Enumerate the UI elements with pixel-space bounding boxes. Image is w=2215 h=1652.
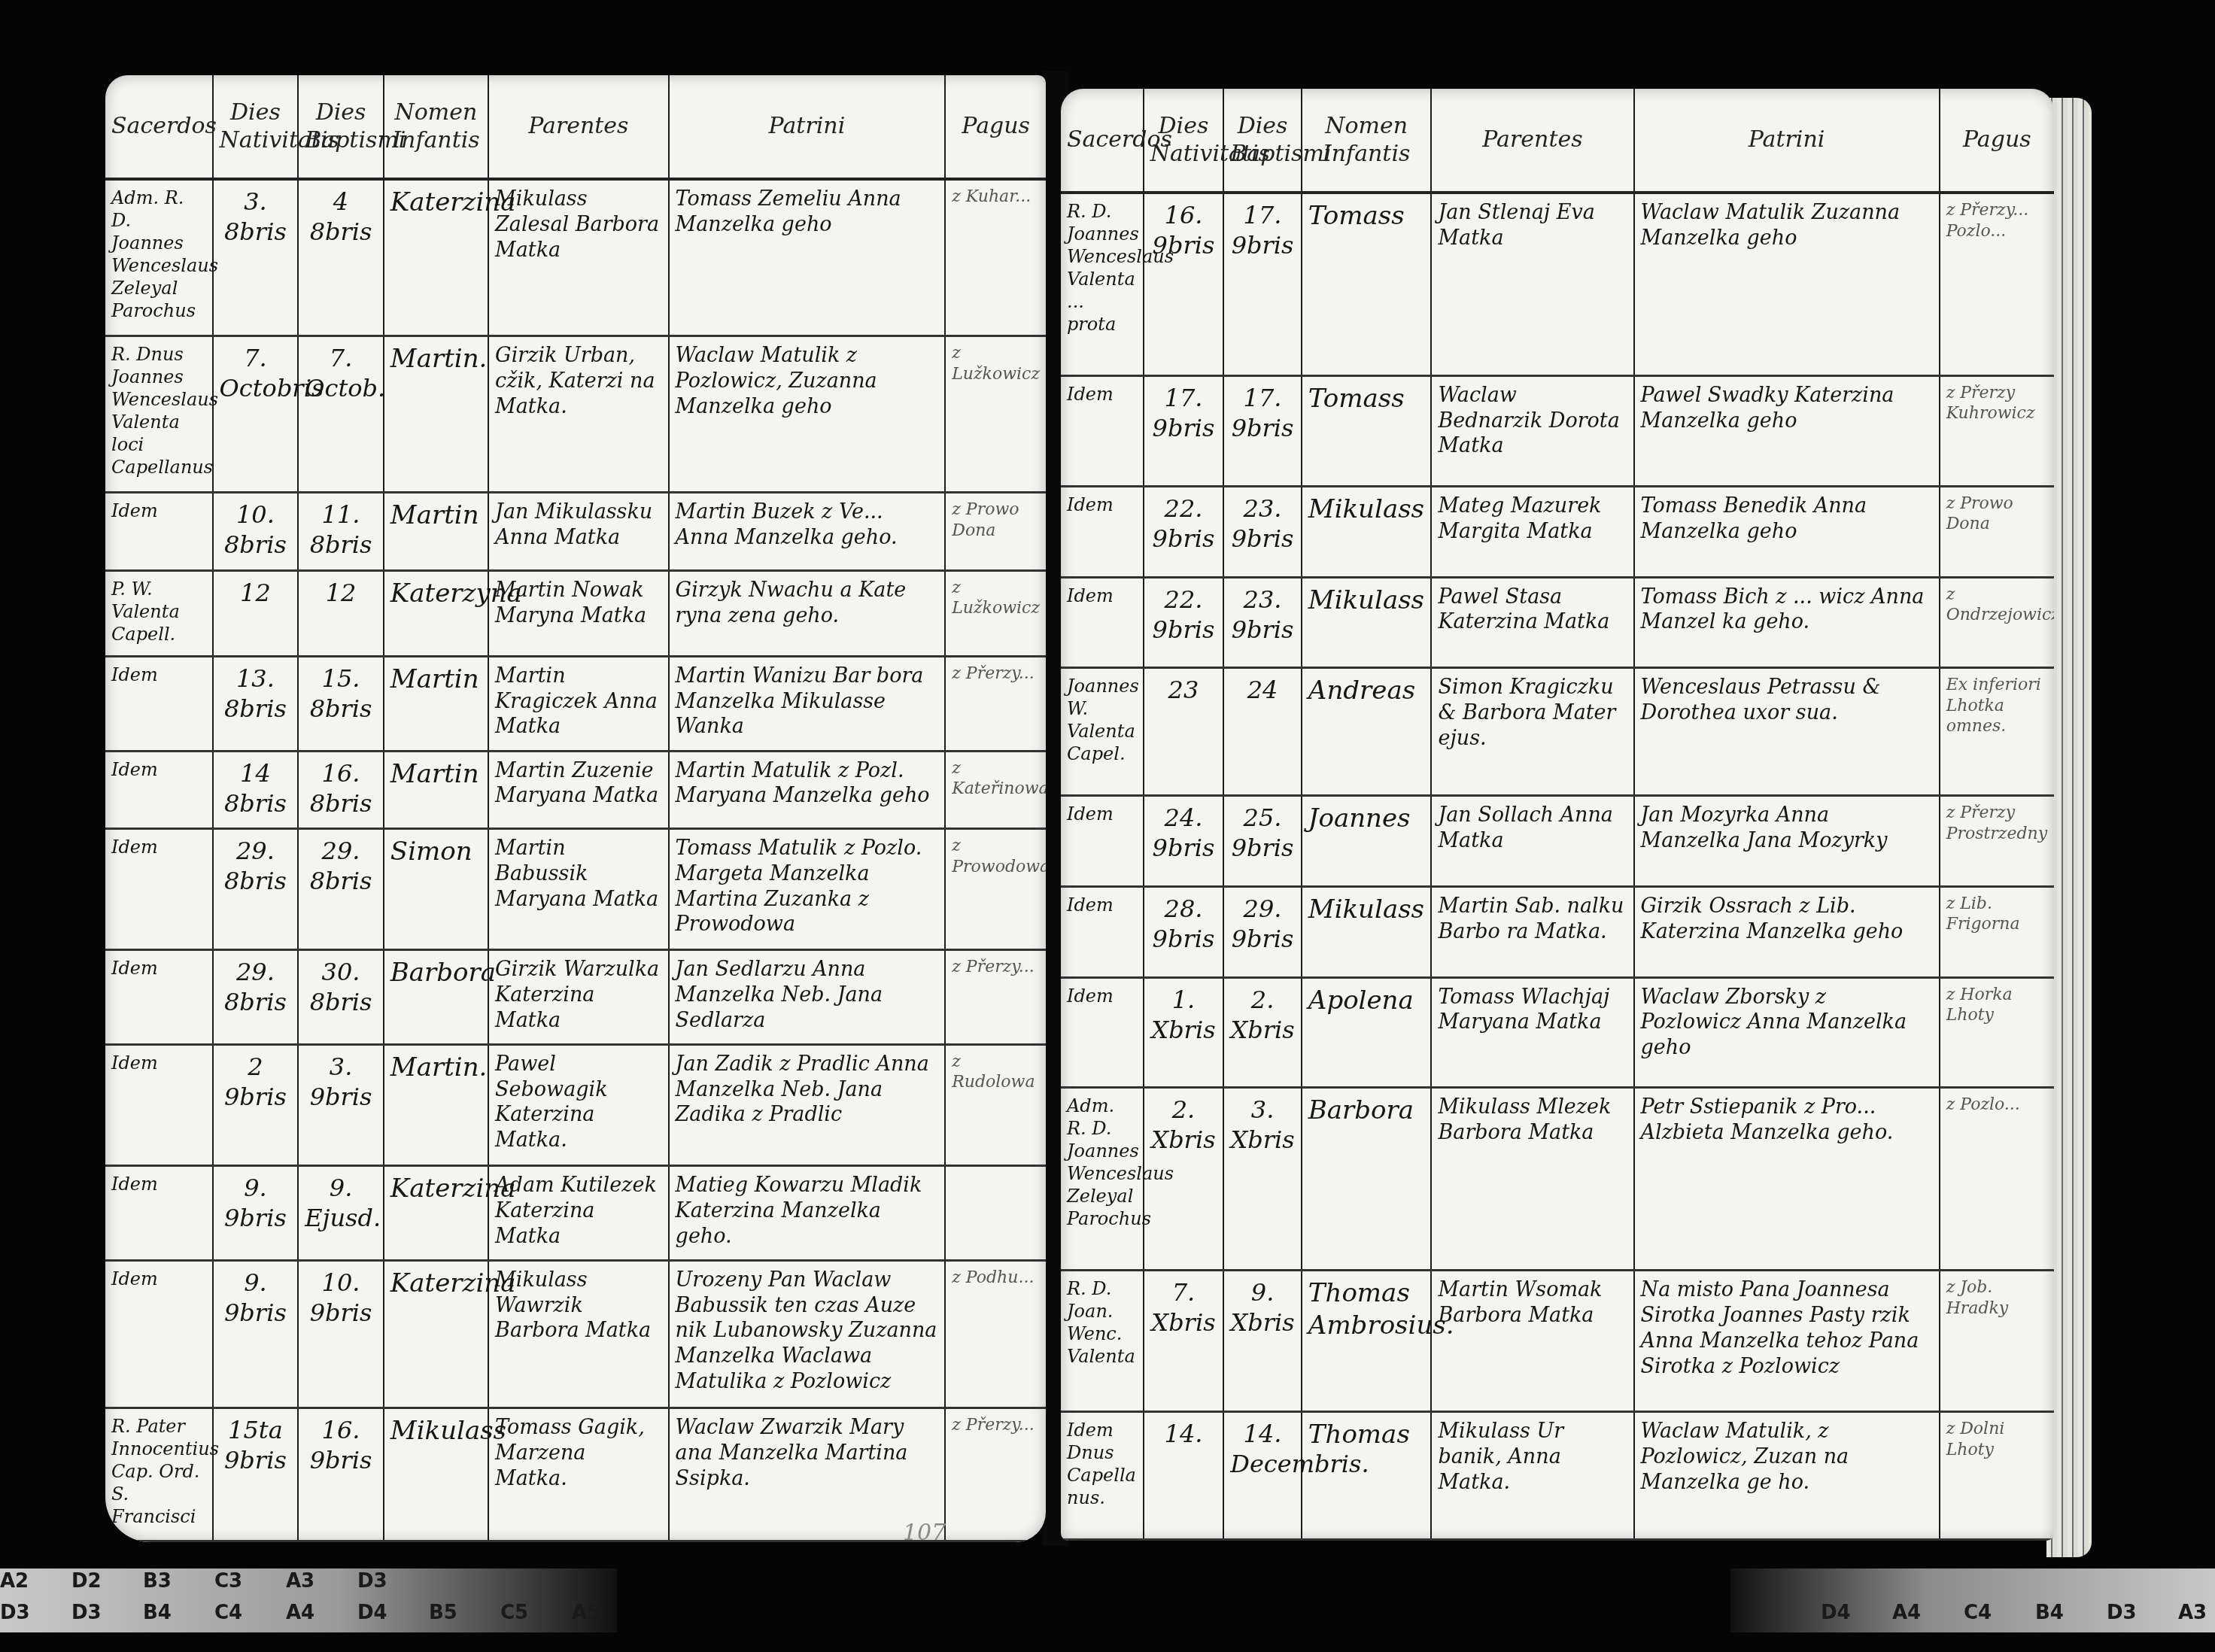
infant-name-cell: Martin [384, 656, 488, 751]
baptism-date-cell: 12 [298, 570, 384, 656]
birth-date-cell: 29. 8bris [213, 829, 299, 950]
parents-cell: Mikulass Ur banik, Anna Matka. [1431, 1412, 1633, 1540]
baptism-date-cell: 10. 9bris [298, 1260, 384, 1408]
column-header-infans: Nomen Infantis [384, 75, 488, 179]
parents-cell: Mikulass Wawrzik Barbora Matka [488, 1260, 669, 1408]
scale-label: C4 [214, 1602, 286, 1624]
baptism-date-cell: 23. 9bris [1223, 486, 1302, 577]
column-header-parentes: Parentes [488, 75, 669, 179]
village-cell: z Prowo Dona [945, 493, 1046, 571]
village-cell: z Ondrzejowicz [1940, 577, 2054, 668]
birth-date-cell: 13. 8bris [213, 656, 299, 751]
infant-name-cell: Martin. [384, 1044, 488, 1165]
birth-date-cell: 17. 9bris [1144, 375, 1224, 486]
folio-number: 107 [903, 1520, 946, 1542]
column-header-patrini: Patrini [669, 75, 946, 179]
parents-cell: Martin Nowak Maryna Matka [488, 570, 669, 656]
birth-date-cell: 28. 9bris [1144, 886, 1224, 977]
priest-cell: Idem [105, 950, 213, 1045]
birth-date-cell: 1. Xbris [1144, 977, 1224, 1088]
infant-name-cell: Thomas Ambrosius. [1302, 1271, 1432, 1412]
village-cell: z Rudolowa [945, 1044, 1046, 1165]
godparents-cell: Waclaw Matulik, z Pozlowicz, Zuzan na Ma… [1634, 1412, 1940, 1540]
register-entry: Idem9. 9bris9. Ejusd.KaterzinaAdam Kutil… [105, 1166, 1046, 1261]
register-entry: Idem13. 8bris15. 8brisMartinMartin Kragi… [105, 656, 1046, 751]
village-cell: Ex inferiori Lhotka omnes. [1940, 668, 2054, 796]
birth-date-cell: 2 9bris [213, 1044, 299, 1165]
baptism-date-cell: 2. Xbris [1223, 977, 1302, 1088]
scale-label: C3 [214, 1570, 286, 1593]
register-entry: Idem1. Xbris2. XbrisApolenaTomass Wlachj… [1061, 977, 2054, 1088]
birth-date-cell: 14. [1144, 1412, 1224, 1540]
baptism-date-cell: 17. 9bris [1223, 193, 1302, 375]
scale-label: D3 [71, 1602, 143, 1624]
village-cell: z Podhu... [945, 1260, 1046, 1408]
baptism-date-cell: 11. 8bris [298, 493, 384, 571]
village-cell: z Lužkowicz [945, 336, 1046, 493]
village-cell: z Přerzy... [945, 1408, 1046, 1541]
birth-date-cell: 14 8bris [213, 751, 299, 829]
parents-cell: Martin Zuzenie Maryana Matka [488, 751, 669, 829]
village-cell: z Dolni Lhoty [1940, 1412, 2054, 1540]
infant-name-cell: Barbora [384, 950, 488, 1045]
scale-label: A3 [286, 1570, 357, 1593]
baptism-date-cell: 15. 8bris [298, 656, 384, 751]
column-header-pagus: Pagus [1940, 89, 2054, 193]
baptism-date-cell: 23. 9bris [1223, 577, 1302, 668]
scale-label: D3 [2107, 1602, 2178, 1624]
birth-date-cell: 12 [213, 570, 299, 656]
priest-cell: Idem Dnus Capella nus. [1061, 1412, 1144, 1540]
infant-name-cell: Katerzina [384, 1260, 488, 1408]
baptism-date-cell: 3. 9bris [298, 1044, 384, 1165]
baptism-date-cell: 7. Octob. [298, 336, 384, 493]
baptism-date-cell: 9. Ejusd. [298, 1166, 384, 1261]
baptism-date-cell: 25. 9bris [1223, 796, 1302, 887]
godparents-cell: Martin Buzek z Ve... Anna Manzelka geho. [669, 493, 946, 571]
priest-cell: Idem [105, 1260, 213, 1408]
birth-date-cell: 24. 9bris [1144, 796, 1224, 887]
godparents-cell: Jan Sedlarzu Anna Manzelka Neb. Jana Sed… [669, 950, 946, 1045]
infant-name-cell: Martin [384, 751, 488, 829]
left-page: SacerdosDies NativitatisDies BaptismiNom… [105, 75, 1046, 1542]
column-header-sacerdos: Sacerdos [1061, 89, 1144, 193]
godparents-cell: Petr Sstiepanik z Pro... Alzbieta Manzel… [1634, 1088, 1940, 1271]
godparents-cell: Matieg Kowarzu Mladik Katerzina Manzelka… [669, 1166, 946, 1261]
column-header-nativitatis: Dies Nativitatis [1144, 89, 1224, 193]
parents-cell: Tomass Wlachjaj Maryana Matka [1431, 977, 1633, 1088]
infant-name-cell: Apolena [1302, 977, 1432, 1088]
register-entry: Idem29. 8bris30. 8brisBarboraGirzik Warz… [105, 950, 1046, 1045]
parents-cell: Girzik Urban, cžik, Katerzi na Matka. [488, 336, 669, 493]
priest-cell: Idem [1061, 977, 1144, 1088]
infant-name-cell: Katerzina [384, 179, 488, 336]
scale-label: C5 [500, 1602, 572, 1624]
register-entry: Adm. R. D. Joannes Wenceslaus Zeleyal Pa… [105, 179, 1046, 336]
village-cell: z Horka Lhoty [1940, 977, 2054, 1088]
register-entry: Joannes W. Valenta Capel.2324AndreasSimo… [1061, 668, 2054, 796]
register-entry: Idem17. 9bris17. 9brisTomassWaclaw Bedna… [1061, 375, 2054, 486]
birth-date-cell: 10. 8bris [213, 493, 299, 571]
scale-label: A4 [286, 1602, 357, 1624]
priest-cell: R. D. Joan. Wenc. Valenta [1061, 1271, 1144, 1412]
baptism-date-cell: 4 8bris [298, 179, 384, 336]
scale-label: A5 [572, 1602, 643, 1624]
village-cell: z Job. Hradky [1940, 1271, 2054, 1412]
godparents-cell: Waclaw Matulik z Pozlowicz, Zuzanna Manz… [669, 336, 946, 493]
parents-cell: Tomass Gagik, Marzena Matka. [488, 1408, 669, 1541]
godparents-cell: Tomass Zemeliu Anna Manzelka geho [669, 179, 946, 336]
color-scale-bar-left: A2D2B3C3A3D3 D3D3B4C4A4D4B5C5A5 [0, 1568, 617, 1632]
village-cell: z Prowodowa [945, 829, 1046, 950]
register-entry: Idem2 9bris3. 9brisMartin.Pawel Sebowagi… [105, 1044, 1046, 1165]
godparents-cell: Jan Zadik z Pradlic Anna Manzelka Neb. J… [669, 1044, 946, 1165]
godparents-cell: Wenceslaus Petrassu & Dorothea uxor sua. [1634, 668, 1940, 796]
parents-cell: Mikulass Zalesal Barbora Matka [488, 179, 669, 336]
priest-cell: Idem [1061, 796, 1144, 887]
village-cell: z Přerzy... Pozlo... [1940, 193, 2054, 375]
baptism-date-cell: 16. 9bris [298, 1408, 384, 1541]
priest-cell: Idem [1061, 375, 1144, 486]
infant-name-cell: Joannes [1302, 796, 1432, 887]
scale-label: D4 [1821, 1602, 1892, 1624]
village-cell: z Lužkowicz [945, 570, 1046, 656]
column-header-pagus: Pagus [945, 75, 1046, 179]
register-entry: P. W. Valenta Capell.1212KaterzynaMartin… [105, 570, 1046, 656]
scale-label: B4 [143, 1602, 214, 1624]
register-entry: Idem Dnus Capella nus.14.14. Decembris.T… [1061, 1412, 2054, 1540]
godparents-cell: Martin Matulik z Pozl. Maryana Manzelka … [669, 751, 946, 829]
godparents-cell: Waclaw Zborsky z Pozlowicz Anna Manzelka… [1634, 977, 1940, 1088]
parents-cell: Martin Babussik Maryana Matka [488, 829, 669, 950]
parents-cell: Girzik Warzulka Katerzina Matka [488, 950, 669, 1045]
village-cell: z Přerzy... [945, 656, 1046, 751]
baptism-date-cell: 9. Xbris [1223, 1271, 1302, 1412]
scale-label: A4 [1892, 1602, 1964, 1624]
infant-name-cell: Andreas [1302, 668, 1432, 796]
birth-date-cell: 23 [1144, 668, 1224, 796]
scale-label: A3 [2178, 1602, 2215, 1624]
column-header-baptismi: Dies Baptismi [298, 75, 384, 179]
color-scale-bar-right: D4A4C4B4D3A3C3 [1730, 1568, 2215, 1632]
birth-date-cell: 22. 9bris [1144, 486, 1224, 577]
village-cell: z Kuhar... [945, 179, 1046, 336]
register-table-left: SacerdosDies NativitatisDies BaptismiNom… [105, 75, 1046, 1542]
column-header-baptismi: Dies Baptismi [1223, 89, 1302, 193]
birth-date-cell: 7. Octobris [213, 336, 299, 493]
register-entry: Idem14 8bris16. 8brisMartinMartin Zuzeni… [105, 751, 1046, 829]
infant-name-cell: Simon [384, 829, 488, 950]
village-cell: z Lib. Frigorna [1940, 886, 2054, 977]
baptism-date-cell: 3. Xbris [1223, 1088, 1302, 1271]
baptism-date-cell: 30. 8bris [298, 950, 384, 1045]
register-entry: R. D. Joan. Wenc. Valenta7. Xbris9. Xbri… [1061, 1271, 2054, 1412]
parents-cell: Mateg Mazurek Margita Matka [1431, 486, 1633, 577]
priest-cell: R. D. Joannes Wenceslaus Valenta ... pro… [1061, 193, 1144, 375]
priest-cell: Idem [105, 656, 213, 751]
baptism-date-cell: 29. 9bris [1223, 886, 1302, 977]
infant-name-cell: Katerzina [384, 1166, 488, 1261]
godparents-cell: Tomass Benedik Anna Manzelka geho [1634, 486, 1940, 577]
birth-date-cell: 9. 9bris [213, 1260, 299, 1408]
priest-cell: R. Dnus Joannes Wenceslaus Valenta loci … [105, 336, 213, 493]
infant-name-cell: Barbora [1302, 1088, 1432, 1271]
register-entry: Idem29. 8bris29. 8brisSimonMartin Babuss… [105, 829, 1046, 950]
priest-cell: Idem [1061, 577, 1144, 668]
parents-cell: Martin Wsomak Barbora Matka [1431, 1271, 1633, 1412]
register-entry: Idem10. 8bris11. 8brisMartinJan Mikulass… [105, 493, 1046, 571]
birth-date-cell: 22. 9bris [1144, 577, 1224, 668]
village-cell: z Pozlo... [1940, 1088, 2054, 1271]
scale-label: D3 [0, 1602, 71, 1624]
priest-cell: Idem [105, 751, 213, 829]
infant-name-cell: Mikulass [1302, 577, 1432, 668]
priest-cell: Joannes W. Valenta Capel. [1061, 668, 1144, 796]
village-cell: z Kateřinowa [945, 751, 1046, 829]
birth-date-cell: 29. 8bris [213, 950, 299, 1045]
godparents-cell: Waclaw Matulik Zuzanna Manzelka geho [1634, 193, 1940, 375]
birth-date-cell: 3. 8bris [213, 179, 299, 336]
scale-label: B4 [2035, 1602, 2107, 1624]
baptism-date-cell: 16. 8bris [298, 751, 384, 829]
birth-date-cell: 16. 9bris [1144, 193, 1224, 375]
scale-label: B5 [429, 1602, 500, 1624]
priest-cell: Idem [105, 829, 213, 950]
birth-date-cell: 7. Xbris [1144, 1271, 1224, 1412]
village-cell: z Přerzy Kuhrowicz [1940, 375, 2054, 486]
godparents-cell: Pawel Swadky Katerzina Manzelka geho [1634, 375, 1940, 486]
godparents-cell: Na misto Pana Joannesa Sirotka Joannes P… [1634, 1271, 1940, 1412]
infant-name-cell: Tomass [1302, 375, 1432, 486]
parents-cell: Simon Kragiczku & Barbora Mater ejus. [1431, 668, 1633, 796]
birth-date-cell: 9. 9bris [213, 1166, 299, 1261]
scale-label: B3 [143, 1570, 214, 1593]
register-entry: Idem28. 9bris29. 9brisMikulassMartin Sab… [1061, 886, 2054, 977]
scale-label: D4 [357, 1602, 429, 1624]
baptism-date-cell: 14. Decembris. [1223, 1412, 1302, 1540]
parents-cell: Mikulass Mlezek Barbora Matka [1431, 1088, 1633, 1271]
priest-cell: Idem [105, 1166, 213, 1261]
parents-cell: Martin Sab. nalku Barbo ra Matka. [1431, 886, 1633, 977]
priest-cell: Idem [1061, 886, 1144, 977]
parents-cell: Jan Mikulassku Anna Matka [488, 493, 669, 571]
priest-cell: Adm. R. D. Joannes Wenceslaus Zeleyal Pa… [105, 179, 213, 336]
register-entry: Adm. R. D. Joannes Wenceslaus Zeleyal Pa… [1061, 1088, 2054, 1271]
parents-cell: Waclaw Bednarzik Dorota Matka [1431, 375, 1633, 486]
infant-name-cell: Martin [384, 493, 488, 571]
register-entry: Idem24. 9bris25. 9brisJoannesJan Sollach… [1061, 796, 2054, 887]
right-page: SacerdosDies NativitatisDies BaptismiNom… [1061, 89, 2054, 1541]
godparents-cell: Jan Mozyrka Anna Manzelka Jana Mozyrky [1634, 796, 1940, 887]
godparents-cell: Tomass Bich z ... wicz Anna Manzel ka ge… [1634, 577, 1940, 668]
infant-name-cell: Katerzyna [384, 570, 488, 656]
register-entry: Idem22. 9bris23. 9brisMikulassPawel Stas… [1061, 577, 2054, 668]
priest-cell: P. W. Valenta Capell. [105, 570, 213, 656]
priest-cell: Idem [105, 493, 213, 571]
register-entry: Idem22. 9bris23. 9brisMikulassMateg Mazu… [1061, 486, 2054, 577]
priest-cell: R. Pater Innocentius Cap. Ord. S. Franci… [105, 1408, 213, 1541]
column-header-parentes: Parentes [1431, 89, 1633, 193]
baptism-date-cell: 29. 8bris [298, 829, 384, 950]
parents-cell: Martin Kragiczek Anna Matka [488, 656, 669, 751]
scale-label: A2 [0, 1570, 71, 1593]
parents-cell: Adam Kutilezek Katerzina Matka [488, 1166, 669, 1261]
godparents-cell: Girzik Ossrach z Lib. Katerzina Manzelka… [1634, 886, 1940, 977]
godparents-cell: Urozeny Pan Waclaw Babussik ten czas Auz… [669, 1260, 946, 1408]
column-header-sacerdos: Sacerdos [105, 75, 213, 179]
village-cell [945, 1166, 1046, 1261]
infant-name-cell: Tomass [1302, 193, 1432, 375]
priest-cell: Idem [1061, 486, 1144, 577]
birth-date-cell: 15ta 9bris [213, 1408, 299, 1541]
infant-name-cell: Mikulass [384, 1408, 488, 1541]
scale-label: D2 [71, 1570, 143, 1593]
baptism-date-cell: 17. 9bris [1223, 375, 1302, 486]
godparents-cell: Girzyk Nwachu a Kate ryna zena geho. [669, 570, 946, 656]
infant-name-cell: Mikulass [1302, 886, 1432, 977]
godparents-cell: Tomass Matulik z Pozlo. Margeta Manzelka… [669, 829, 946, 950]
scale-label: C4 [1964, 1602, 2035, 1624]
priest-cell: Adm. R. D. Joannes Wenceslaus Zeleyal Pa… [1061, 1088, 1144, 1271]
column-header-nativitatis: Dies Nativitatis [213, 75, 299, 179]
infant-name-cell: Martin. [384, 336, 488, 493]
register-table-right: SacerdosDies NativitatisDies BaptismiNom… [1061, 89, 2054, 1541]
parents-cell: Jan Sollach Anna Matka [1431, 796, 1633, 887]
column-header-patrini: Patrini [1634, 89, 1940, 193]
parents-cell: Pawel Stasa Katerzina Matka [1431, 577, 1633, 668]
village-cell: z Prowo Dona [1940, 486, 2054, 577]
village-cell: z Přerzy... [945, 950, 1046, 1045]
parents-cell: Pawel Sebowagik Katerzina Matka. [488, 1044, 669, 1165]
register-entry: R. D. Joannes Wenceslaus Valenta ... pro… [1061, 193, 2054, 375]
priest-cell: Idem [105, 1044, 213, 1165]
register-entry: Idem9. 9bris10. 9brisKaterzinaMikulass W… [105, 1260, 1046, 1408]
register-entry: R. Dnus Joannes Wenceslaus Valenta loci … [105, 336, 1046, 493]
godparents-cell: Martin Wanizu Bar bora Manzelka Mikulass… [669, 656, 946, 751]
village-cell: z Přerzy Prostrzedny [1940, 796, 2054, 887]
parents-cell: Jan Stlenaj Eva Matka [1431, 193, 1633, 375]
baptism-date-cell: 24 [1223, 668, 1302, 796]
scale-label: D3 [357, 1570, 429, 1593]
infant-name-cell: Mikulass [1302, 486, 1432, 577]
